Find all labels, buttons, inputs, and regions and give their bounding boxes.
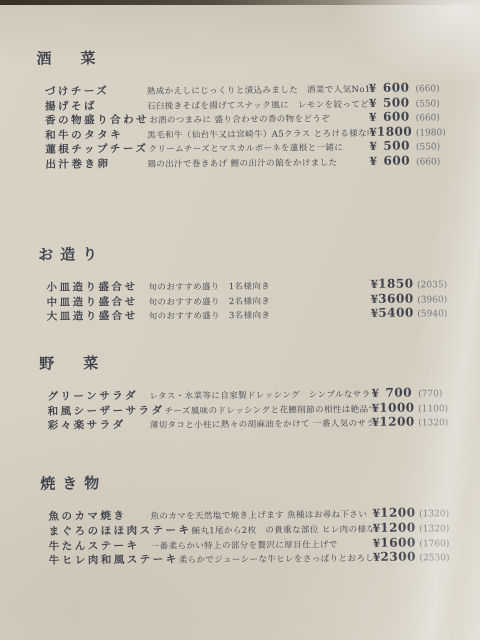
- price-amount: 1600: [380, 535, 413, 549]
- item-name: 牛たんステーキ: [49, 537, 151, 553]
- price-amount: 1200: [380, 520, 413, 534]
- menu-item-row: 揚げそば 石臼挽きそばを揚げてスナック風に レモンを絞ってどうぞ ¥ 500 (…: [37, 95, 467, 111]
- menu-item-row: 牛たんステーキ 一番柔らかい特上の部分を贅沢に厚目仕上げで ¥ 1600 (17…: [41, 535, 471, 551]
- tax-included-price: (770): [418, 389, 464, 399]
- item-name: 香の物盛り合わせ: [45, 112, 149, 128]
- item-name: 中皿造り盛合せ: [47, 293, 149, 309]
- tax-included-price: (550): [416, 142, 462, 152]
- item-price: ¥ 2300 (2530): [373, 549, 471, 564]
- item-description: 石臼挽きそばを揚げてスナック風に レモンを絞ってどうぞ: [147, 97, 369, 111]
- menu-item-row: 小皿造り盛合せ 旬のおすすめ盛り 1名様向き ¥ 1850 (2035): [38, 276, 468, 292]
- menu-item-row: 中皿造り盛合せ 旬のおすすめ盛り 2名様向き ¥ 3600 (3960): [39, 291, 469, 307]
- item-name: 和風シーザーサラダ: [48, 402, 165, 418]
- section-items: 魚のカマ焼き 魚のカマを天然塩で焼き上げます 魚種はお尋ね下さい ¥ 1200 …: [40, 505, 470, 565]
- price-amount: 5400: [378, 306, 411, 320]
- item-description: 旬のおすすめ盛り 1名様向き: [148, 279, 370, 293]
- tax-included-price: (1760): [419, 539, 465, 549]
- item-description: 一番柔らかい特上の部分を贅沢に厚目仕上げで: [151, 537, 373, 551]
- price-amount: 1200: [379, 415, 412, 429]
- item-description: 魚のカマを天然塩で焼き上げます 魚種はお尋ね下さい: [150, 508, 372, 522]
- menu-item-row: まぐろのほほ肉ステーキ 鮪丸1尾から2枚 の貴重な部位 ヒレ肉の様な柔らかさ ¥…: [41, 520, 471, 536]
- tax-included-price: (1320): [418, 418, 464, 428]
- item-name: 牛ヒレ肉和風ステーキ: [49, 552, 179, 568]
- yen-currency-symbol: ¥: [373, 536, 381, 549]
- item-price: ¥ 500 (550): [369, 138, 467, 153]
- price-amount: 600: [377, 153, 410, 167]
- menu-item-row: 香の物盛り合わせ お酒のつまみに 盛り合わせの香の物をどうぞ ¥ 600 (66…: [37, 109, 467, 125]
- menu-section: 酒 菜 づけチーズ 熟成かえしにじっくりと漬込みました 酒菜で人気No1です ¥…: [36, 44, 467, 169]
- item-price: ¥ 5400 (5940): [371, 305, 469, 320]
- price-amount: 500: [377, 139, 410, 153]
- yen-currency-symbol: ¥: [372, 507, 380, 520]
- item-price: ¥ 1200 (1320): [372, 414, 470, 429]
- item-name: 彩々楽サラダ: [48, 417, 150, 433]
- yen-currency-symbol: ¥: [373, 551, 381, 564]
- price-amount: 2300: [380, 550, 413, 564]
- menu-content: 酒 菜 づけチーズ 熟成かえしにじっくりと漬込みました 酒菜で人気No1です ¥…: [0, 0, 480, 565]
- tax-included-price: (5940): [417, 309, 463, 319]
- item-price: ¥ 500 (550): [369, 95, 467, 110]
- price-amount: 600: [376, 81, 409, 95]
- yen-currency-symbol: ¥: [371, 307, 379, 320]
- item-price: ¥ 1600 (1760): [373, 535, 471, 550]
- item-price: ¥ 1000 (1100): [372, 400, 470, 415]
- price-amount: 500: [376, 95, 409, 109]
- item-price: ¥ 1200 (1320): [373, 520, 471, 535]
- yen-currency-symbol: ¥: [371, 292, 379, 305]
- yen-currency-symbol: ¥: [369, 82, 377, 95]
- section-title: お造り: [38, 240, 468, 266]
- menu-item-row: 蓮根チップチーズ クリームチーズとマスカルポーネを蓮根と一緒に ¥ 500 (5…: [37, 138, 467, 154]
- item-description: チーズ風味のドレッシングと花鰹削節の相性は絶品です: [164, 403, 371, 417]
- item-name: づけチーズ: [45, 83, 147, 99]
- item-name: グリーンサラダ: [47, 388, 149, 404]
- price-amount: 3600: [378, 291, 411, 305]
- item-description: 黒毛和牛（仙台牛又は宮崎牛）A5クラス とろける様な味わい: [147, 127, 369, 141]
- tax-included-price: (550): [416, 99, 462, 109]
- menu-item-row: 大皿造り盛合せ 旬のおすすめ盛り 3名様向き ¥ 5400 (5940): [39, 305, 469, 321]
- item-price: ¥ 1850 (2035): [370, 276, 468, 291]
- item-description: お酒のつまみに 盛り合わせの香の物をどうぞ: [149, 112, 369, 126]
- item-description: 柔らかでジューシーな牛ヒレをさっぱりとおろしポン酢にて: [179, 552, 373, 566]
- section-title: 酒 菜: [36, 44, 466, 70]
- price-amount: 1200: [380, 506, 413, 520]
- item-name: 魚のカマ焼き: [48, 508, 150, 524]
- section-title: 野 菜: [39, 349, 469, 375]
- tax-included-price: (1320): [419, 524, 465, 534]
- price-amount: 1000: [379, 400, 412, 414]
- menu-item-row: 彩々楽サラダ 薄切タコと小柱に熱々の胡麻油をかけて 一番人気のサラダ ¥ 120…: [40, 414, 470, 430]
- tax-included-price: (2035): [417, 280, 463, 290]
- item-price: ¥ 1200 (1320): [372, 505, 470, 520]
- price-amount: 600: [377, 110, 410, 124]
- menu-item-row: 和風シーザーサラダ チーズ風味のドレッシングと花鰹削節の相性は絶品です ¥ 10…: [40, 400, 470, 416]
- menu-item-row: 魚のカマ焼き 魚のカマを天然塩で焼き上げます 魚種はお尋ね下さい ¥ 1200 …: [40, 505, 470, 521]
- item-price: ¥ 600 (660): [369, 109, 467, 124]
- tax-included-price: (2530): [419, 553, 465, 563]
- menu-section: 焼き物 魚のカマ焼き 魚のカマを天然塩で焼き上げます 魚種はお尋ね下さい ¥ 1…: [40, 469, 471, 565]
- item-price: ¥ 600 (660): [369, 80, 467, 95]
- section-items: づけチーズ 熟成かえしにじっくりと漬込みました 酒菜で人気No1です ¥ 600…: [37, 80, 468, 169]
- yen-currency-symbol: ¥: [369, 126, 377, 139]
- menu-section: お造り 小皿造り盛合せ 旬のおすすめ盛り 1名様向き ¥ 1850 (2035)…: [38, 240, 469, 321]
- yen-currency-symbol: ¥: [372, 416, 380, 429]
- tax-included-price: (3960): [417, 295, 463, 305]
- item-description: 鶏の出汁で巻きあげ 鰹の出汁の餡をかけました: [147, 156, 369, 170]
- section-items: 小皿造り盛合せ 旬のおすすめ盛り 1名様向き ¥ 1850 (2035) 中皿造…: [38, 276, 468, 321]
- item-name: 和牛のタタキ: [45, 127, 147, 143]
- price-amount: 1850: [378, 276, 411, 290]
- menu-page: 酒 菜 づけチーズ 熟成かえしにじっくりと漬込みました 酒菜で人気No1です ¥…: [0, 0, 480, 640]
- yen-currency-symbol: ¥: [369, 111, 377, 124]
- menu-item-row: 出汁巻き卵 鶏の出汁で巻きあげ 鰹の出汁の餡をかけました ¥ 600 (660): [37, 153, 467, 169]
- item-description: 旬のおすすめ盛り 3名様向き: [149, 308, 371, 322]
- item-price: ¥ 700 (770): [371, 385, 469, 400]
- menu-item-row: 和牛のタタキ 黒毛和牛（仙台牛又は宮崎牛）A5クラス とろける様な味わい ¥ 1…: [37, 124, 467, 140]
- menu-item-row: 牛ヒレ肉和風ステーキ 柔らかでジューシーな牛ヒレをさっぱりとおろしポン酢にて ¥…: [41, 549, 471, 565]
- item-description: 薄切タコと小柱に熱々の胡麻油をかけて 一番人気のサラダ: [150, 417, 372, 431]
- item-description: クリームチーズとマスカルポーネを蓮根と一緒に: [148, 141, 369, 155]
- item-description: 旬のおすすめ盛り 2名様向き: [149, 293, 371, 307]
- menu-item-row: づけチーズ 熟成かえしにじっくりと漬込みました 酒菜で人気No1です ¥ 600…: [37, 80, 467, 96]
- item-price: ¥ 3600 (3960): [371, 291, 469, 306]
- yen-currency-symbol: ¥: [371, 387, 379, 400]
- item-name: 小皿造り盛合せ: [46, 279, 148, 295]
- section-title: 焼き物: [40, 469, 470, 495]
- yen-currency-symbol: ¥: [369, 155, 377, 168]
- yen-currency-symbol: ¥: [373, 522, 381, 535]
- section-items: グリーンサラダ レタス・水菜等に自家製ドレッシング シンプルなサラダ ¥ 700…: [39, 385, 469, 430]
- item-price: ¥ 1800 (1980): [369, 124, 467, 139]
- item-name: 揚げそば: [45, 97, 147, 113]
- item-name: まぐろのほほ肉ステーキ: [49, 522, 192, 538]
- tax-included-price: (1980): [416, 128, 462, 138]
- yen-currency-symbol: ¥: [369, 140, 377, 153]
- item-name: 大皿造り盛合せ: [47, 308, 149, 324]
- tax-included-price: (660): [416, 157, 462, 167]
- tax-included-price: (1100): [418, 404, 464, 414]
- item-description: レタス・水菜等に自家製ドレッシング シンプルなサラダ: [149, 388, 371, 402]
- yen-currency-symbol: ¥: [372, 402, 380, 415]
- item-name: 蓮根チップチーズ: [45, 141, 148, 157]
- item-description: 熟成かえしにじっくりと漬込みました 酒菜で人気No1です: [147, 83, 369, 97]
- yen-currency-symbol: ¥: [369, 96, 377, 109]
- item-description: 鮪丸1尾から2枚 の貴重な部位 ヒレ肉の様な柔らかさ: [191, 523, 372, 537]
- yen-currency-symbol: ¥: [370, 278, 378, 291]
- price-amount: 1800: [377, 124, 410, 138]
- price-amount: 700: [379, 386, 412, 400]
- tax-included-price: (660): [416, 113, 462, 123]
- item-name: 出汁巻き卵: [45, 156, 147, 172]
- tax-included-price: (1320): [419, 509, 465, 519]
- item-price: ¥ 600 (660): [369, 153, 467, 168]
- tax-included-price: (660): [415, 84, 461, 94]
- menu-section: 野 菜 グリーンサラダ レタス・水菜等に自家製ドレッシング シンプルなサラダ ¥…: [39, 349, 470, 430]
- menu-item-row: グリーンサラダ レタス・水菜等に自家製ドレッシング シンプルなサラダ ¥ 700…: [39, 385, 469, 401]
